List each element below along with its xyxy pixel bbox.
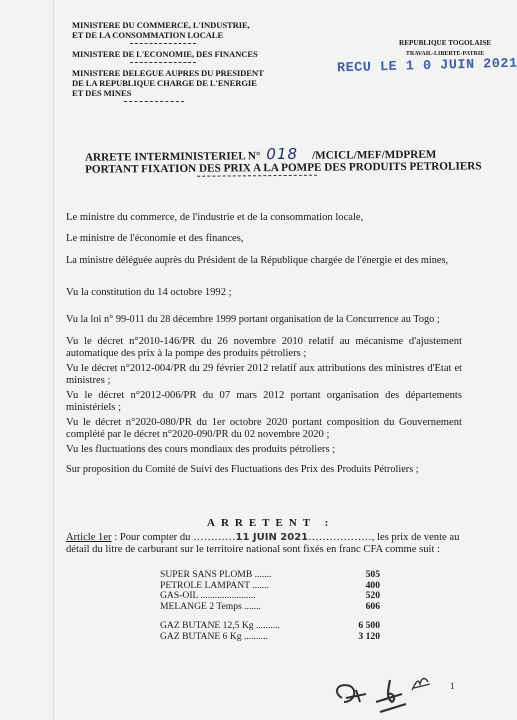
visa-8: Sur proposition du Comité de Suivi des F… (66, 464, 419, 476)
separator (130, 62, 196, 64)
visa-5: Vu le décret n°2012-006/PR du 07 mars 20… (66, 390, 462, 414)
price-row: MELANGE 2 Temps .......606 (160, 602, 380, 613)
decree-title: ARRETE INTERMINISTERIEL N°018/MCICL/MEF/… (85, 146, 482, 177)
preamble-3: La ministre déléguée auprès du Président… (66, 255, 448, 267)
republic-name: REPUBLIQUE TOGOLAISE (399, 38, 491, 49)
ministry-commerce: MINISTERE DU COMMERCE, L'INDUSTRIE, ET D… (72, 20, 264, 40)
visa-6: Vu le décret n°2020-080/PR du 1er octobr… (66, 417, 462, 441)
decree-number: 018 (266, 145, 298, 163)
handwritten-date: 11 JUIN 2021 (235, 532, 308, 543)
price-row: GAZ BUTANE 6 Kg ..........3 120 (160, 632, 380, 643)
preamble-2: Le ministre de l'économie et des finance… (66, 233, 244, 245)
visa-2: Vu la loi n° 99-011 du 28 décembre 1999 … (66, 314, 440, 326)
ministry-energy: MINISTERE DELEGUE AUPRES DU PRESIDENT DE… (72, 68, 264, 98)
received-stamp: RECU LE 1 0 JUIN 2021 (337, 57, 517, 77)
title-underline (197, 175, 317, 177)
visa-3: Vu le décret n°2010-146/PR du 26 novembr… (66, 336, 462, 360)
ministry-economy: MINISTERE DE L'ECONOMIE, DES FINANCES (72, 49, 264, 59)
preamble-1: Le ministre du commerce, de l'industrie … (66, 212, 363, 224)
document-page: MINISTERE DU COMMERCE, L'INDUSTRIE, ET D… (0, 0, 517, 720)
visa-1: Vu la constitution du 14 octobre 1992 ; (66, 287, 232, 299)
signatures-icon (332, 672, 442, 716)
separator (124, 101, 184, 103)
price-row: SUPER SANS PLOMB .......505 (160, 570, 380, 581)
price-row: GAS-OIL .......................520 (160, 591, 380, 602)
price-list: SUPER SANS PLOMB .......505 PETROLE LAMP… (160, 570, 380, 642)
visa-4: Vu le décret n°2012-004/PR du 29 février… (66, 363, 462, 387)
visa-7: Vu les fluctuations des cours mondiaux d… (66, 444, 335, 456)
arretent-heading: ARRETENT : (207, 517, 334, 529)
article-1: Article 1er : Pour compter du …………11 JUI… (66, 532, 462, 556)
fold-line (53, 0, 54, 720)
page-number: 1 (450, 681, 455, 691)
price-row: GAZ BUTANE 12,5 Kg ..........6 500 (160, 621, 380, 632)
ministries-header: MINISTERE DU COMMERCE, L'INDUSTRIE, ET D… (72, 20, 264, 107)
article-label: Article 1er (66, 532, 112, 543)
separator (130, 43, 196, 45)
